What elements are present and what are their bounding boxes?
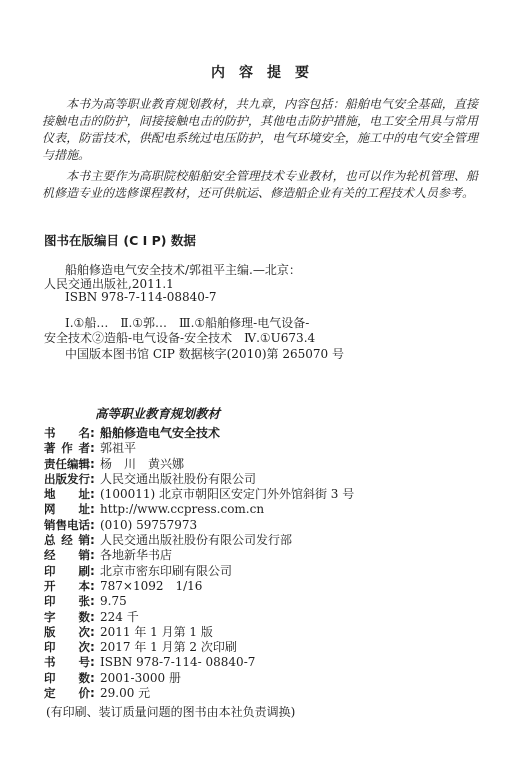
colophon-section: 高等职业教育规划教材 书 名:船舶修造电气安全技术 著 作 者:郭祖平 责任编辑… (44, 404, 478, 720)
row-label: 印 刷 (44, 564, 90, 579)
row-value: 224 千 (100, 610, 139, 624)
colophon-row-website: 网 址:http://www.ccpress.com.cn (44, 502, 478, 517)
row-value: 人民交通出版社股份有限公司 (100, 472, 256, 486)
quality-exchange-note: (有印刷、装订质量问题的图书由本社负责调换) (44, 703, 478, 720)
colophon-row-sheets: 印 张:9.75 (44, 594, 478, 609)
summary-title: 内 容 提 要 (0, 62, 520, 82)
colophon-row-word-count: 字 数:224 千 (44, 610, 478, 625)
row-label: 销售电话 (44, 518, 90, 533)
colophon-row-distributor: 经 销:各地新华书店 (44, 548, 478, 563)
row-value: 29.00 元 (100, 686, 150, 700)
label-colon: : (90, 518, 99, 533)
label-colon: : (90, 686, 99, 701)
summary-paragraph-2: 本书主要作为高职院校船舶安全管理技术专业教材，也可以作为轮机管理、船机修造专业的… (42, 168, 478, 202)
row-value: 杨 川 黄兴娜 (100, 457, 184, 471)
cip-class-line-1: Ⅰ.①船… Ⅱ.①郭… Ⅲ.①船舶修理-电气设备- (44, 316, 478, 332)
summary-paragraph-1: 本书为高等职业教育规划教材，共九章，内容包括：船舶电气安全基础，直接接触电击的防… (42, 96, 478, 164)
row-value: (010) 59757973 (100, 518, 197, 532)
row-value: 2017 年 1 月第 2 次印刷 (100, 640, 237, 654)
row-value: http://www.ccpress.com.cn (100, 502, 264, 516)
row-value: (100011) 北京市朝阳区安定门外外馆斜街 3 号 (100, 487, 354, 501)
label-colon: : (90, 640, 99, 655)
row-value: 2001-3000 册 (100, 671, 181, 685)
label-colon: : (90, 579, 99, 594)
cip-heading: 图书在版编目 (C I P) 数据 (44, 231, 478, 249)
row-label: 出版发行 (44, 472, 90, 487)
row-value: 人民交通出版社股份有限公司发行部 (100, 533, 292, 547)
row-label: 印 次 (44, 640, 90, 655)
row-value: ISBN 978-7-114- 08840-7 (100, 655, 255, 669)
colophon-row-price: 定 价:29.00 元 (44, 686, 478, 701)
label-colon: : (90, 457, 99, 472)
row-value: 2011 年 1 月第 1 版 (100, 625, 213, 639)
label-colon: : (90, 533, 99, 548)
row-value: 船舶修造电气安全技术 (100, 426, 220, 440)
label-colon: : (90, 472, 99, 487)
cip-isbn-line: ISBN 978-7-114-08840-7 (44, 291, 478, 305)
label-colon: : (90, 487, 99, 502)
row-value: 各地新华书店 (100, 548, 172, 562)
colophon-row-sales-phone: 销售电话:(010) 59757973 (44, 518, 478, 533)
cip-title-line: 船舶修造电气安全技术/郭祖平主编.—北京： (44, 264, 478, 278)
label-colon: : (90, 548, 99, 563)
label-colon: : (90, 426, 99, 441)
label-colon: : (90, 502, 99, 517)
colophon-row-general-distributor: 总 经 销:人民交通出版社股份有限公司发行部 (44, 533, 478, 548)
label-colon: : (90, 594, 99, 609)
series-title: 高等职业教育规划教材 (44, 404, 478, 422)
row-label: 开 本 (44, 579, 90, 594)
colophon-row-book-number: 书 号:ISBN 978-7-114- 08840-7 (44, 655, 478, 670)
colophon-row-author: 著 作 者:郭祖平 (44, 441, 478, 456)
row-label: 定 价 (44, 686, 90, 701)
row-label: 字 数 (44, 610, 90, 625)
row-label: 印 数 (44, 671, 90, 686)
label-colon: : (90, 655, 99, 670)
colophon-row-impression: 印 次:2017 年 1 月第 2 次印刷 (44, 640, 478, 655)
colophon-row-book-title: 书 名:船舶修造电气安全技术 (44, 426, 478, 441)
row-label: 版 次 (44, 625, 90, 640)
cip-publisher-line: 人民交通出版社,2011.1 (44, 278, 478, 292)
content-summary: 本书为高等职业教育规划教材，共九章，内容包括：船舶电气安全基础，直接接触电击的防… (42, 96, 478, 202)
copyright-page: 内 容 提 要 本书为高等职业教育规划教材，共九章，内容包括：船舶电气安全基础，… (0, 0, 520, 768)
colophon-row-publisher: 出版发行:人民交通出版社股份有限公司 (44, 472, 478, 487)
colophon-row-format: 开 本:787×1092 1/16 (44, 579, 478, 594)
cip-section: 图书在版编目 (C I P) 数据 船舶修造电气安全技术/郭祖平主编.—北京： … (44, 231, 478, 362)
cip-record-block: 船舶修造电气安全技术/郭祖平主编.—北京： 人民交通出版社,2011.1 ISB… (44, 264, 478, 305)
cip-classification: Ⅰ.①船… Ⅱ.①郭… Ⅲ.①船舶修理-电气设备- 安全技术②造船-电气设备-安… (44, 316, 478, 347)
row-label: 总 经 销 (44, 533, 90, 548)
colophon-row-address: 地 址:(100011) 北京市朝阳区安定门外外馆斜街 3 号 (44, 487, 478, 502)
row-label: 地 址 (44, 487, 90, 502)
label-colon: : (90, 441, 99, 456)
row-label: 责任编辑 (44, 457, 90, 472)
colophon-rows: 书 名:船舶修造电气安全技术 著 作 者:郭祖平 责任编辑:杨 川 黄兴娜 出版… (44, 426, 478, 701)
cip-class-line-2: 安全技术②造船-电气设备-安全技术 Ⅳ.①U673.4 (44, 331, 478, 347)
row-label: 书 号 (44, 655, 90, 670)
row-value: 9.75 (100, 594, 127, 608)
row-label: 网 址 (44, 502, 90, 517)
label-colon: : (90, 671, 99, 686)
colophon-row-print-run: 印 数:2001-3000 册 (44, 671, 478, 686)
row-value: 北京市密东印刷有限公司 (100, 564, 232, 578)
colophon-row-printer: 印 刷:北京市密东印刷有限公司 (44, 564, 478, 579)
row-label: 著 作 者 (44, 441, 90, 456)
colophon-row-edition: 版 次:2011 年 1 月第 1 版 (44, 625, 478, 640)
colophon-row-editor: 责任编辑:杨 川 黄兴娜 (44, 457, 478, 472)
row-label: 书 名 (44, 426, 90, 441)
label-colon: : (90, 625, 99, 640)
cip-record-number: 中国版本图书馆 CIP 数据核字(2010)第 265070 号 (44, 347, 478, 362)
row-label: 印 张 (44, 594, 90, 609)
row-label: 经 销 (44, 548, 90, 563)
row-value: 787×1092 1/16 (100, 579, 202, 593)
label-colon: : (90, 564, 99, 579)
row-value: 郭祖平 (100, 441, 136, 455)
label-colon: : (90, 610, 99, 625)
